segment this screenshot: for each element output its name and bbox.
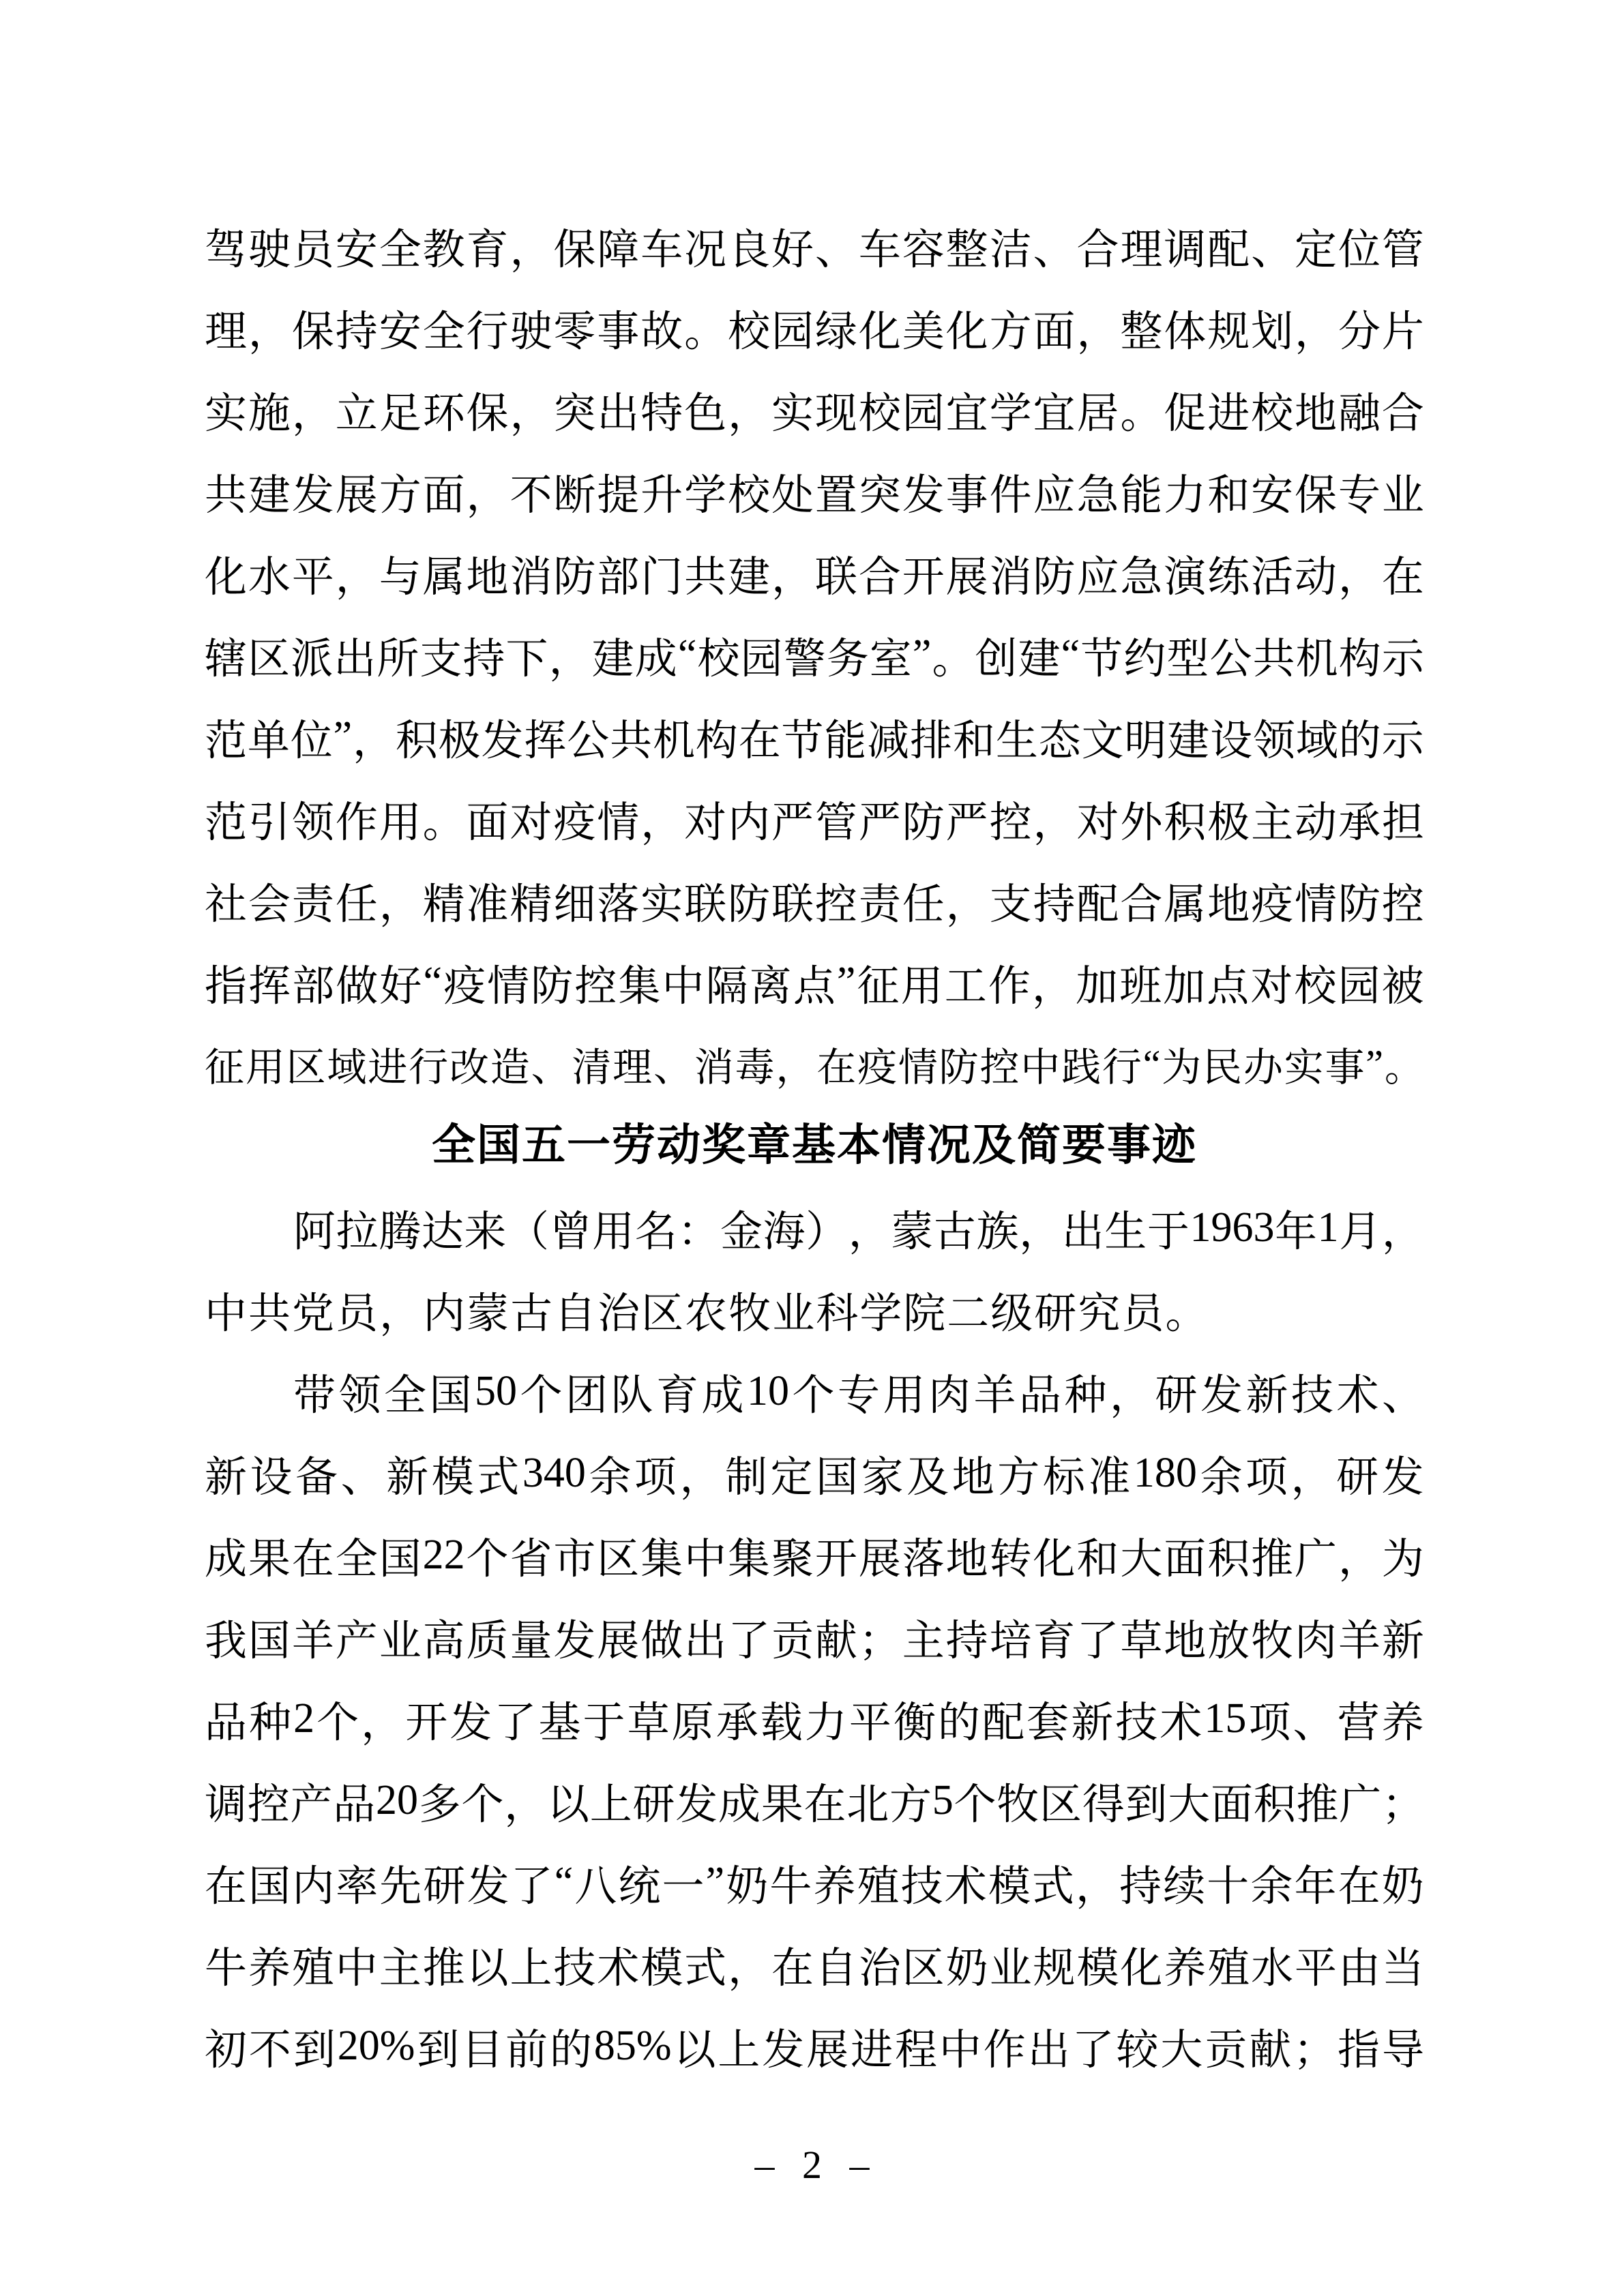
text-line: 共建发展方面，不断提升学校处置突发事件应急能力和安保专业 — [205, 450, 1424, 532]
body-text: 驾驶员安全教育，保障车况良好、车容整洁、合理调配、定位管 理，保持安全行驶零事故… — [205, 205, 1424, 2087]
text-line: 驾驶员安全教育，保障车况良好、车容整洁、合理调配、定位管 — [205, 205, 1424, 286]
text-line: 新设备、新模式340余项，制定国家及地方标准180余项，研发 — [205, 1432, 1424, 1514]
section-heading: 全国五一劳动奖章基本情况及简要事迹 — [205, 1105, 1424, 1187]
text-line: 调控产品20多个，以上研发成果在北方5个牧区得到大面积推广； — [205, 1759, 1424, 1841]
text-line: 牛养殖中主推以上技术模式，在自治区奶业规模化养殖水平由当 — [205, 1923, 1424, 2005]
text-line: 辖区派出所支持下，建成“校园警务室”。创建“节约型公共机构示 — [205, 614, 1424, 696]
text-line: 理，保持安全行驶零事故。校园绿化美化方面，整体规划，分片 — [205, 286, 1424, 368]
text-line: 阿拉腾达来（曾用名：金海），蒙古族，出生于1963年1月， — [205, 1187, 1424, 1268]
text-line: 指挥部做好“疫情防控集中隔离点”征用工作，加班加点对校园被 — [205, 941, 1424, 1023]
text-line: 化水平，与属地消防部门共建，联合开展消防应急演练活动，在 — [205, 532, 1424, 614]
text-line: 成果在全国22个省市区集中集聚开展落地转化和大面积推广，为 — [205, 1514, 1424, 1596]
text-line: 范引领作用。面对疫情，对内严管严防严控，对外积极主动承担 — [205, 777, 1424, 859]
text-line: 征用区域进行改造、清理、消毒，在疫情防控中践行“为民办实事”。 — [205, 1023, 1424, 1105]
text-line: 中共党员，内蒙古自治区农牧业科学院二级研究员。 — [205, 1268, 1424, 1350]
text-line: 社会责任，精准精细落实联防联控责任，支持配合属地疫情防控 — [205, 859, 1424, 941]
text-line: 在国内率先研发了“八统一”奶牛养殖技术模式，持续十余年在奶 — [205, 1841, 1424, 1923]
document-page: 驾驶员安全教育，保障车况良好、车容整洁、合理调配、定位管 理，保持安全行驶零事故… — [0, 0, 1624, 2296]
page-number: – 2 – — [0, 2124, 1624, 2206]
text-line: 品种2个，开发了基于草原承载力平衡的配套新技术15项、营养 — [205, 1678, 1424, 1759]
text-line: 带领全国50个团队育成10个专用肉羊品种，研发新技术、 — [205, 1350, 1424, 1432]
text-line: 初不到20%到目前的85%以上发展进程中作出了较大贡献；指导 — [205, 2005, 1424, 2087]
text-line: 我国羊产业高质量发展做出了贡献；主持培育了草地放牧肉羊新 — [205, 1596, 1424, 1678]
text-line: 实施，立足环保，突出特色，实现校园宜学宜居。促进校地融合 — [205, 368, 1424, 450]
text-line: 范单位”，积极发挥公共机构在节能减排和生态文明建设领域的示 — [205, 696, 1424, 777]
